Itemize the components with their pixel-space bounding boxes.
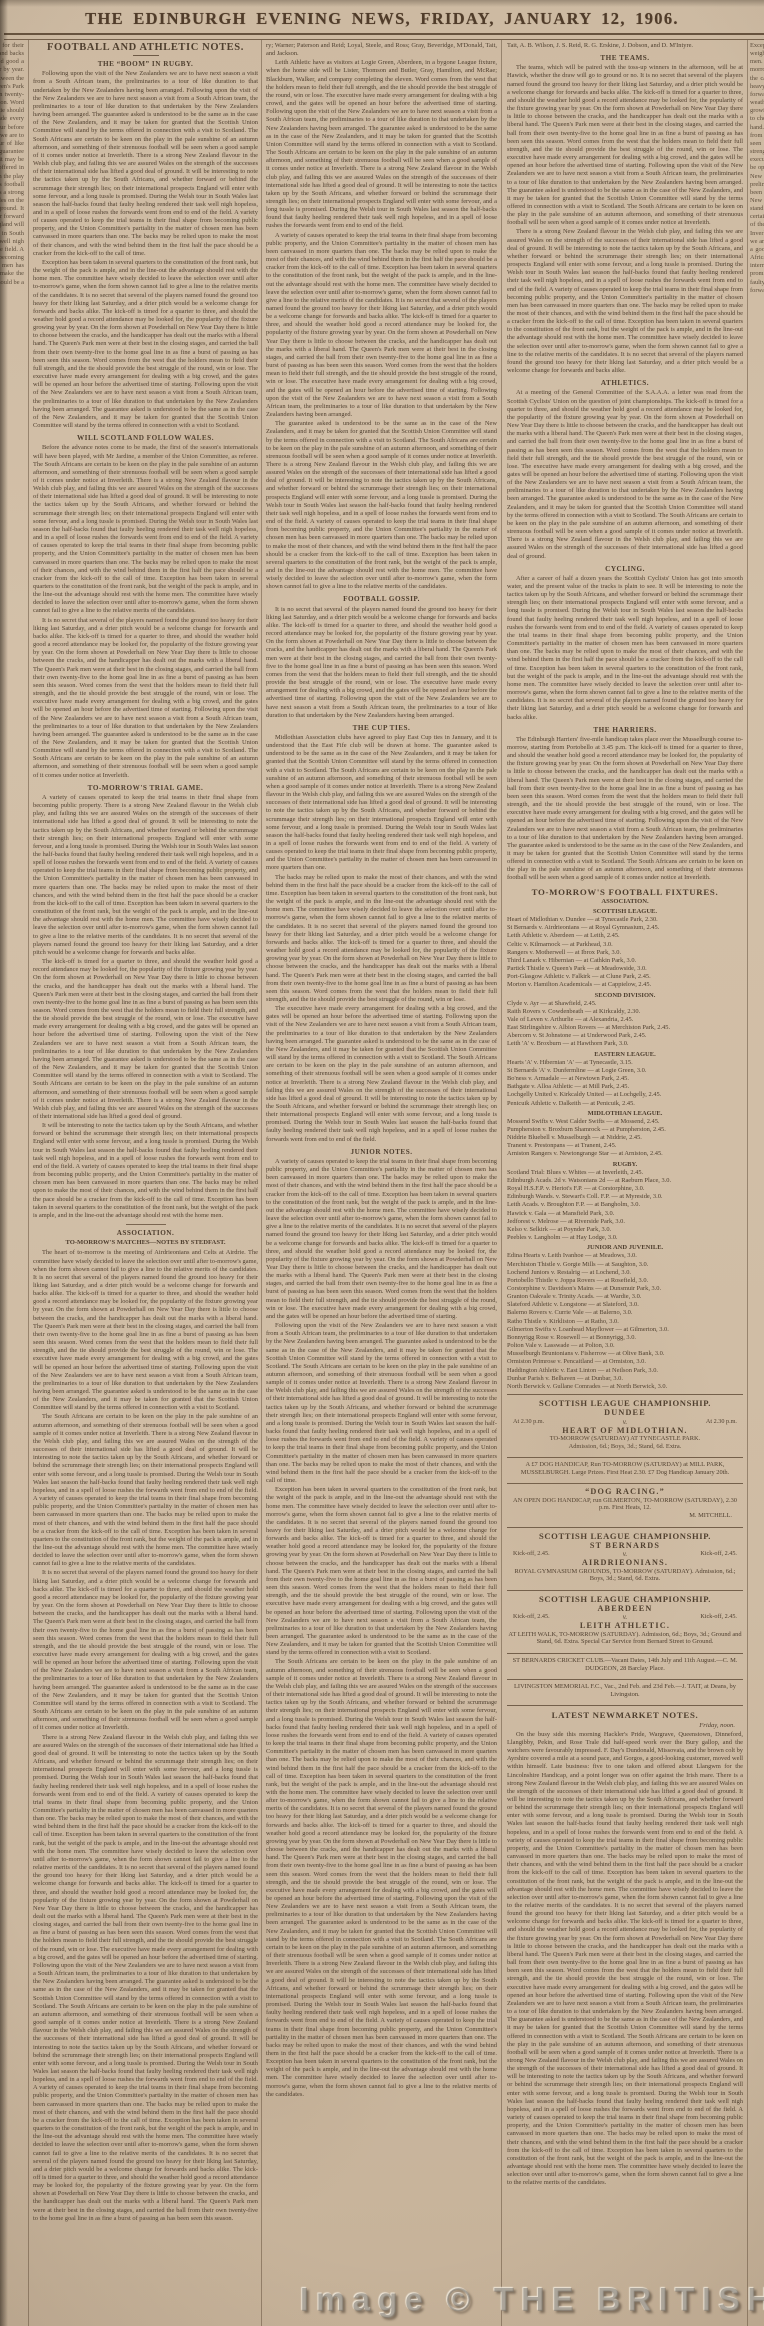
ad-kickoff-right: Kick-off, 2.45. [700, 1613, 737, 1621]
fixture-line: Leith Acads. v. Broughton F.P. — at Bang… [507, 1201, 743, 1209]
ad-line: AN OPEN DOG HANDICAP, run GILMERTON, TO-… [508, 1497, 742, 1512]
watermark-text: Image © THE BRITISH [300, 2281, 764, 2319]
fixture-line: Edinburgh Acads. 2d v. Watsonians 2d — a… [507, 1177, 743, 1185]
fixture-line: East Stirlingshire v. Albion Rovers — at… [507, 1024, 743, 1032]
ad-kickoff-right: At 2.30 p.m. [706, 1418, 737, 1426]
fixture-line: St Bernards v. Airdrieonians — at Royal … [507, 924, 743, 932]
column-rule-4 [747, 40, 748, 2326]
ad-line: SCOTTISH LEAGUE CHAMPIONSHIP. [508, 1594, 742, 1604]
fixture-group-header: SCOTTISH LEAGUE. [507, 908, 743, 916]
paragraph: The South Africans are certain to be kee… [266, 1658, 497, 2098]
fixture-line: Abercorn v. St Johnstone — at Underwood … [507, 1032, 743, 1040]
fixture-line: Vale of Leven v. Arthurlie — at Alexandr… [507, 1016, 743, 1024]
paragraph: Before the advance notes come to be made… [33, 444, 258, 615]
paragraph: Exception has been taken in several quar… [266, 1486, 497, 1657]
paragraph: The backs may be relied upon to make the… [266, 874, 497, 1005]
fixture-line: Edinburgh Wands. v. Stewart's Coll. F.P.… [507, 1193, 743, 1201]
fixture-line: Partick Thistle v. Queen's Park — at Mea… [507, 965, 743, 973]
paragraph: It is no secret that several of the play… [33, 1569, 258, 1732]
article-subheading: THE HARRIERS. [507, 726, 743, 734]
ad-box: SCOTTISH LEAGUE CHAMPIONSHIP.ST BERNARDS… [507, 1527, 743, 1587]
ad-box: SCOTTISH LEAGUE CHAMPIONSHIP.ABERDEENKic… [507, 1590, 743, 1650]
paragraph: The executive have made every arrangemen… [266, 1005, 497, 1144]
ad-line: M. MITCHELL. [508, 1512, 742, 1520]
paragraph: A variety of causes operated to keep the… [266, 232, 497, 420]
fixture-line: Lochgelly United v. Kirkcaldy United — a… [507, 1091, 743, 1099]
fixture-line: Celtic v. Kilmarnock — at Parkhead, 3.0. [507, 941, 743, 949]
article-subheading-small: ASSOCIATION. [507, 898, 743, 906]
fixture-line: Kelso v. Selkirk — at Poynder Park, 3.0. [507, 1226, 743, 1234]
column-left: FOOTBALL AND ATHLETIC NOTES.THE “BOOM” I… [33, 42, 258, 2326]
ad-versus: v. [623, 1418, 627, 1426]
fixture-line: Tranent v. Prestonpans — at Tranent, 2.4… [507, 1142, 743, 1150]
fixture-group-header: EASTERN LEAGUE. [507, 1051, 743, 1059]
article-subheading: ASSOCIATION. [33, 1229, 258, 1237]
ad-versus: v. [623, 1613, 627, 1621]
paragraph: The teams, which will be paired with the… [507, 64, 743, 227]
paragraph: On the busy side this morning Hackler's … [507, 1731, 743, 2188]
ad-line: A £7 DOG HANDICAP, Run TO-MORROW (SATURD… [508, 1461, 742, 1476]
article-subheading: CYCLING. [507, 565, 743, 573]
section-rule [507, 1705, 743, 1706]
fixture-line: Dunbar Parish v. Belhaven — at Dunbar, 3… [507, 1375, 743, 1383]
fixture-line: Penicuik Athletic v. Dalkeith — at Penic… [507, 1100, 743, 1108]
fixture-line: Hearts 'A' v. Hibernian 'A' — at Tynecas… [507, 1059, 743, 1067]
ad-box: SCOTTISH LEAGUE CHAMPIONSHIP.DUNDEEAt 2.… [507, 1394, 743, 1454]
ad-box: A £7 DOG HANDICAP, Run TO-MORROW (SATURD… [507, 1457, 743, 1480]
article-subheading: THE TEAMS. [507, 54, 743, 62]
ad-line: ST BERNARDS CRICKET CLUB.—Vacant Dates, … [508, 1657, 742, 1672]
fixture-group-header: MIDLOTHIAN LEAGUE. [507, 1110, 743, 1118]
fixture-line: Edina Hearts v. Leith Ivanhoe — at Meado… [507, 1252, 743, 1260]
fixture-line: Portobello Thistle v. Joppa Rovers — at … [507, 1277, 743, 1285]
edge-shadow-left [0, 0, 8, 2326]
fixture-line: North Berwick v. Gullane Comrades — at N… [507, 1383, 743, 1391]
column-rule-1 [28, 40, 29, 2326]
fixture-line: Bathgate v. Alloa Athletic — at Mill Par… [507, 1083, 743, 1091]
paragraph: It will be interesting to note the tacti… [33, 1122, 258, 1220]
fixture-line: Corstorphine v. Davidson's Mains — at Du… [507, 1285, 743, 1293]
fixture-line: Rangers v. Motherwell — at Ibrox Park, 3… [507, 949, 743, 957]
article-subheading: WILL SCOTLAND FOLLOW WALES. [33, 434, 258, 442]
fixture-line: Polton Vale v. Lasswade — at Polton, 3.0… [507, 1342, 743, 1350]
article-heading: FOOTBALL AND ATHLETIC NOTES. [33, 44, 258, 52]
article-subheading: JUNIOR NOTES. [266, 1148, 497, 1156]
section-rule [126, 1224, 166, 1225]
ad-versus-row: At 2.30 p.m.v.At 2.30 p.m. [508, 1418, 742, 1426]
ad-line: HEART OF MIDLOTHIAN. [508, 1426, 742, 1436]
fixture-line: Peebles v. Langholm — at Hay Lodge, 3.0. [507, 1234, 743, 1242]
edge-shadow-top [0, 0, 764, 7]
article-subheading: TO-MORROW'S TRIAL GAME. [33, 784, 258, 792]
column-rule-3 [501, 40, 502, 2326]
article-subheading: THE “BOOM” IN RUGBY. [33, 60, 258, 68]
fixture-line: Pumpherston v. Broxburn Shamrock — at Pu… [507, 1126, 743, 1134]
fixture-line: Royal H.S.F.P. v. Heriot's F.P. — at Cor… [507, 1185, 743, 1193]
column-right: Tait, A. B. Wilson, J. S. Reid, R. G. Er… [507, 42, 743, 2326]
ad-line: SCOTTISH LEAGUE CHAMPIONSHIP. [508, 1531, 742, 1541]
fixture-line: St Bernards 'A' v. Dunfermline — at Logi… [507, 1067, 743, 1075]
fixture-line: Third Lanark v. Hibernian — at Cathkin P… [507, 957, 743, 965]
article-subheading: THE CUP TIES. [266, 724, 497, 732]
fixture-line: Slateford Athletic v. Longstone — at Sla… [507, 1301, 743, 1309]
paragraph: A variety of causes operated to keep the… [266, 1158, 497, 1321]
ad-line: ST BERNARDS [508, 1541, 742, 1551]
ad-versus-row: Kick-off, 2.45.v.Kick-off, 2.45. [508, 1550, 742, 1558]
fixture-group-header: SECOND DIVISION. [507, 992, 743, 1000]
paragraph: Exception has been taken in several quar… [33, 259, 258, 430]
fixture-line: Leith Athletic v. Aberdeen — at Leith, 2… [507, 932, 743, 940]
sliver-right-text: Exception has been taken in several quar… [750, 42, 764, 295]
paragraph: It is no secret that several of the play… [266, 606, 497, 720]
paragraph: After a career of half a dozen years the… [507, 575, 743, 722]
fixture-line: Bonnyrigg Rose v. Rosewell — at Bonnyrig… [507, 1334, 743, 1342]
ad-line: ABERDEEN [508, 1604, 742, 1614]
fixture-line: Mossend Swifts v. West Calder Swifts — a… [507, 1118, 743, 1126]
fixture-group-header: JUNIOR AND JUVENILE. [507, 1244, 743, 1252]
ad-versus-row: Kick-off, 2.45.v.Kick-off, 2.45. [508, 1613, 742, 1621]
fixture-line: Bo'ness v. Armadale — at Newtown Park, 2… [507, 1075, 743, 1083]
fixture-line: Granton Oakvale v. Trinity Acads. — at W… [507, 1293, 743, 1301]
ad-line: Admission, 6d.; Boys, 3d.; Stand, 6d. Ex… [508, 1443, 742, 1451]
ad-line: AT LEITH WALK, TO-MORROW (SATURDAY). Adm… [508, 1631, 742, 1646]
paper-sliver-right: Exception has been taken in several quar… [750, 42, 764, 2326]
ad-line: AIRDRIEONIANS. [508, 1558, 742, 1568]
dateline: Friday, noon. [507, 1722, 743, 1730]
fixture-line: Haddington Athletic v. East Linton — at … [507, 1367, 743, 1375]
paragraph: The South Africans are certain to be kee… [33, 1413, 258, 1568]
fixture-line: Merchiston Thistle v. Gorgie Mills — at … [507, 1261, 743, 1269]
ad-line: “DOG RACING.” [508, 1487, 742, 1497]
paragraph: The kick-off is timed for a quarter to t… [33, 958, 258, 1121]
paragraph: At a meeting of the General Committee of… [507, 389, 743, 560]
fixture-line: Ratho Thistle v. Kirkliston — at Ratho, … [507, 1318, 743, 1326]
paragraph: The Edinburgh Harriers' five-mile handic… [507, 736, 743, 883]
fixture-line: Morton v. Hamilton Academicals — at Capp… [507, 981, 743, 989]
paragraph: Following upon the visit of the New Zeal… [33, 70, 258, 258]
section-rule [133, 55, 159, 56]
ad-box: “DOG RACING.”AN OPEN DOG HANDICAP, run G… [507, 1483, 743, 1523]
fixture-line: Niddrie Bluebell v. Musselburgh — at Nid… [507, 1134, 743, 1142]
fixture-line: Jedforest v. Melrose — at Riverside Park… [507, 1218, 743, 1226]
article-subheading-small: TO-MORROW'S MATCHES—NOTES BY STEDFAST. [33, 1239, 258, 1247]
paragraph: A variety of causes operated to keep the… [33, 794, 258, 957]
article-heading-bold: TO-MORROW'S FOOTBALL FIXTURES. [507, 888, 743, 896]
ad-line: LEITH ATHLETIC. [508, 1621, 742, 1631]
paragraph: Tait, A. B. Wilson, J. S. Reid, R. G. Er… [507, 42, 743, 50]
fixture-line: Lochend Juniors v. Restalrig — at Lochen… [507, 1269, 743, 1277]
paragraph: The heart of to-morrow is the meeting of… [33, 1249, 258, 1412]
ad-line: SCOTTISH LEAGUE CHAMPIONSHIP. [508, 1398, 742, 1408]
ad-box: LIVINGSTON MEMORIAL F.C., Vac., 2nd Feb.… [507, 1679, 743, 1702]
paragraph: There is a strong New Zealand flavour in… [507, 228, 743, 375]
ad-kickoff-left: Kick-off, 2.45. [513, 1613, 550, 1621]
fixture-line: Balerno Rovers v. Currie Vale — at Baler… [507, 1309, 743, 1317]
newspaper-page: THE EDINBURGH EVENING NEWS, FRIDAY, JANU… [0, 0, 764, 2326]
fixture-line: Raith Rovers v. Cowdenbeath — at Kirkcal… [507, 1008, 743, 1016]
fixture-line: Musselburgh Bruntonians v. Fisherrow — a… [507, 1350, 743, 1358]
ad-kickoff-left: At 2.30 p.m. [513, 1418, 544, 1426]
fixture-group-header: RUGBY. [507, 1161, 743, 1169]
ad-line: ROYAL GYMNASIUM GROUNDS, TO-MORROW (SATU… [508, 1568, 742, 1583]
ad-line: LIVINGSTON MEMORIAL F.C., Vac., 2nd Feb.… [508, 1683, 742, 1698]
ad-kickoff-left: Kick-off, 2.45. [513, 1550, 550, 1558]
fixture-line: Arniston Rangers v. Newtongrange Star — … [507, 1150, 743, 1158]
ad-kickoff-right: Kick-off, 2.45. [700, 1550, 737, 1558]
fixture-line: Scotland Trial: Blues v. Whites — at Inv… [507, 1169, 743, 1177]
paragraph: Leith Athletic have as visitors at Logie… [266, 59, 497, 230]
paragraph: ry; Warner; Paterson and Reid; Loyal, St… [266, 42, 497, 58]
fixtures-list: SCOTTISH LEAGUE.Heart of Midlothian v. D… [507, 908, 743, 1391]
ad-box: ST BERNARDS CRICKET CLUB.—Vacant Dates, … [507, 1653, 743, 1676]
paragraph: It is no secret that several of the play… [33, 617, 258, 780]
paragraph: The guarantee asked is understood to be … [266, 420, 497, 591]
fixture-line: Clyde v. Ayr — at Shawfield, 2.45. [507, 1000, 743, 1008]
masthead-title: THE EDINBURGH EVENING NEWS, FRIDAY, JANU… [0, 9, 764, 29]
paragraph: Midlothian Association clubs have agreed… [266, 734, 497, 873]
paragraph: Following upon the visit of the New Zeal… [266, 1322, 497, 1485]
fixture-line: Heart of Midlothian v. Dundee — at Tynec… [507, 916, 743, 924]
fixture-line: Hawick v. Gala — at Mansfield Park, 3.0. [507, 1210, 743, 1218]
ad-versus: v. [623, 1550, 627, 1558]
ad-line: TO-MORROW (SATURDAY) AT TYNECASTLE PARK. [508, 1435, 742, 1443]
fixture-line: Ormiston Primrose v. Pencaitland — at Or… [507, 1358, 743, 1366]
fixture-line: Port-Glasgow Athletic v. Falkirk — at Cl… [507, 973, 743, 981]
column-rule-2 [261, 40, 262, 2326]
article-heading-bold: LATEST NEWMARKET NOTES. [507, 1711, 743, 1719]
ad-line: DUNDEE [508, 1408, 742, 1418]
fixture-line: Gilmerton Swifts v. Loanhead Mayflower —… [507, 1326, 743, 1334]
masthead-rule [4, 33, 764, 40]
article-subheading: ATHLETICS. [507, 379, 743, 387]
paragraph: There is a strong New Zealand flavour in… [33, 1734, 258, 2223]
article-subheading: FOOTBALL GOSSIP. [266, 595, 497, 603]
fixture-line: Leith 'A' v. Broxburn — at Hawthorn Park… [507, 1040, 743, 1048]
column-center: ry; Warner; Paterson and Reid; Loyal, St… [266, 42, 497, 2326]
